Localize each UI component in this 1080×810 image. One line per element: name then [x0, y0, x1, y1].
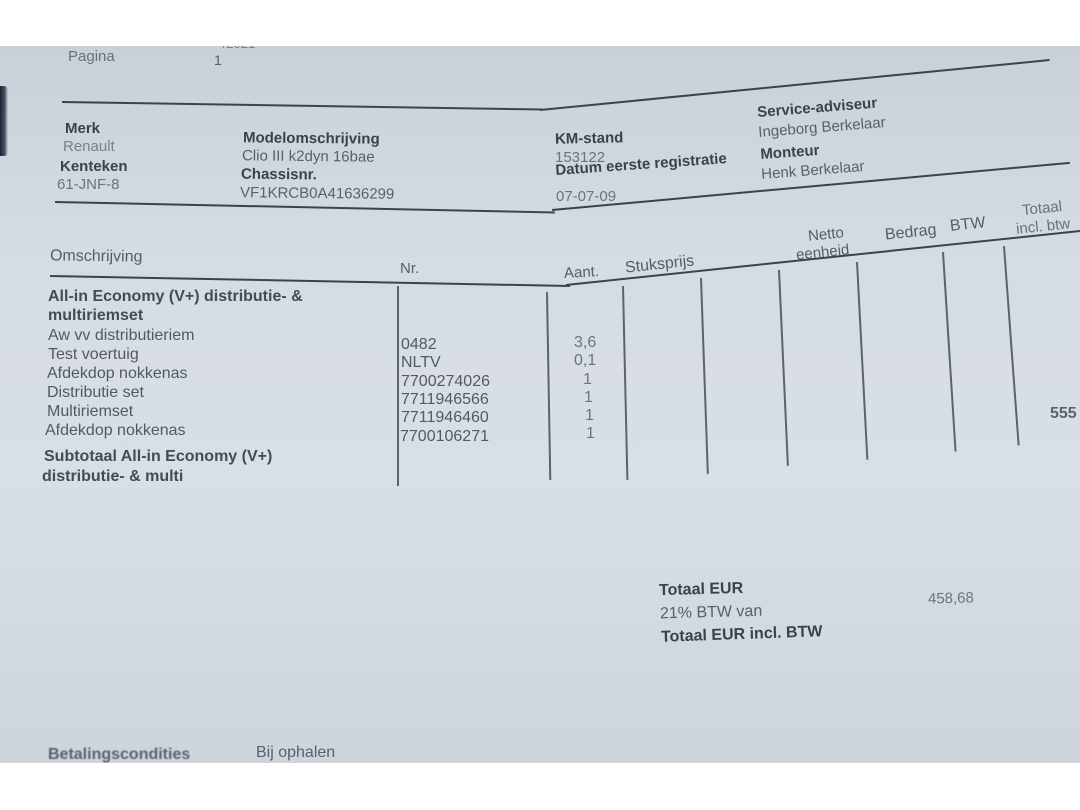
chassis-value: VF1KRCB0A41636299	[240, 184, 394, 203]
kenteken-value: 61-JNF-8	[57, 176, 120, 193]
page-edge-shadow	[0, 86, 8, 156]
col-header-omschrijving: Omschrijving	[50, 247, 143, 266]
table-row-aant: 1	[583, 370, 592, 390]
table-row-desc: Distributie set	[47, 383, 144, 403]
model-value: Clio III k2dyn 16bae	[242, 147, 375, 165]
page-label: Pagina	[68, 48, 115, 65]
subtotal-value: 555	[1050, 404, 1077, 424]
table-row-aant: 0,1	[574, 351, 596, 371]
col-divider-7	[942, 252, 957, 452]
date-fragment: ··/2021	[214, 46, 255, 51]
btw-label: 21% BTW van	[660, 603, 763, 624]
table-row-desc: Multiriemset	[47, 402, 133, 422]
header-bottom-rule-left	[55, 201, 555, 213]
table-row-nr: 7700274026	[401, 372, 490, 392]
table-row-aant: 1	[584, 388, 593, 408]
btw-value: 458,68	[928, 589, 974, 607]
table-header-rule-left	[50, 275, 570, 287]
col-header-aant: Aant.	[564, 263, 600, 282]
totaal-label: Totaal EUR	[659, 580, 744, 600]
totaal-incl-label: Totaal EUR incl. BTW	[661, 623, 823, 647]
table-row-aant: 1	[585, 406, 594, 426]
betaling-value: Bij ophalen	[256, 744, 335, 762]
kenteken-label: Kenteken	[60, 158, 128, 175]
monteur-label: Monteur	[760, 142, 820, 163]
merk-value: Renault	[63, 138, 115, 155]
subtotal-line-2: distributie- & multi	[42, 467, 183, 487]
col-divider-3	[622, 286, 628, 480]
col-divider-6	[856, 262, 868, 460]
invoice-paper: Pagina 1 ··/2021 Merk Renault Kenteken 6…	[0, 46, 1080, 763]
table-row-nr: 7711946460	[401, 408, 489, 428]
group-title-line-2: multiriemset	[48, 306, 143, 326]
table-row-nr: 7711946566	[401, 390, 489, 410]
table-row-desc: Aw vv distributieriem	[48, 326, 194, 346]
col-divider-8	[1003, 246, 1020, 446]
table-row-nr: 7700106271	[400, 427, 489, 447]
table-row-aant: 1	[586, 424, 595, 444]
group-title-line-1: All-in Economy (V+) distributie- &	[48, 287, 303, 307]
table-row-desc: Test voertuig	[48, 345, 139, 365]
col-divider-2	[546, 292, 551, 480]
col-divider-5	[778, 270, 789, 466]
page-number: 1	[214, 52, 222, 68]
col-header-nr: Nr.	[400, 260, 419, 277]
header-top-rule-left	[62, 101, 542, 111]
subtotal-line-1: Subtotaal All-in Economy (V+)	[44, 447, 272, 467]
registratie-value: 07-07-09	[556, 188, 616, 205]
chassis-label: Chassisnr.	[241, 166, 317, 184]
table-row-desc: Afdekdop nokkenas	[45, 421, 186, 441]
table-row-nr: NLTV	[401, 353, 441, 373]
table-row-desc: Afdekdop nokkenas	[47, 364, 188, 384]
col-header-btw: BTW	[949, 214, 986, 236]
col-divider-4	[700, 278, 709, 474]
table-row-aant: 3,6	[574, 333, 596, 353]
table-row-nr: 0482	[401, 335, 437, 355]
merk-label: Merk	[65, 120, 100, 137]
col-header-bedrag: Bedrag	[884, 221, 937, 244]
km-label: KM-stand	[555, 129, 624, 147]
model-label: Modelomschrijving	[243, 129, 380, 147]
col-divider-1	[397, 286, 399, 486]
betaling-label: Betalingscondities	[48, 746, 190, 763]
